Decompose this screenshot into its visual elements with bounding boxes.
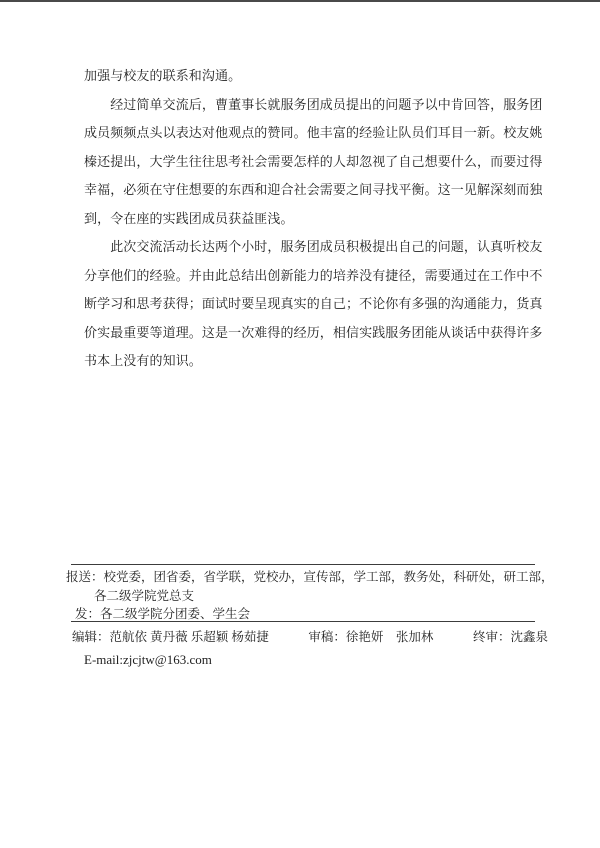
report-to-line-2: 各二级学院党总支 bbox=[94, 589, 194, 604]
document-page: { "page": { "kind": "printed-newsletter-… bbox=[0, 0, 600, 848]
text-line: 断学习和思考获得；面试时要呈现真实的自己；不论你有多强的沟通能力，货真 bbox=[84, 290, 554, 319]
reviewers-credit: 审稿：徐艳妍 张加林 bbox=[308, 630, 433, 645]
distribute-line: 发：各二级学院分团委、学生会 bbox=[75, 607, 250, 622]
credits-row: 编辑：范航依 黄丹薇 乐超颖 杨茹捷 审稿：徐艳妍 张加林 终审：沈鑫泉 bbox=[72, 630, 548, 645]
report-to-line-1: 报送：校党委，团省委，省学联，党校办，宣传部，学工部，教务处，科研处，研工部， bbox=[66, 570, 554, 585]
text-line: 幸福，必须在守住想要的东西和迎合社会需要之间寻找平衡。这一见解深刻而独 bbox=[84, 176, 554, 205]
final-reviewer-credit: 终审：沈鑫泉 bbox=[473, 630, 548, 645]
text-line: 榛还提出，大学生往往思考社会需要怎样的人却忽视了自己想要什么，而要过得 bbox=[84, 148, 554, 177]
text-line: 加强与校友的联系和沟通。 bbox=[84, 62, 554, 91]
paragraph-2: 经过简单交流后，曹董事长就服务团成员提出的问题予以中肯回答，服务团成员频频点头以… bbox=[84, 91, 554, 234]
text-line: 此次交流活动长达两个小时，服务团成员积极提出自己的问题，认真听校友 bbox=[84, 233, 554, 262]
body-text-block: 加强与校友的联系和沟通。 经过简单交流后，曹董事长就服务团成员提出的问题予以中肯… bbox=[84, 62, 554, 376]
paragraph-3: 此次交流活动长达两个小时，服务团成员积极提出自己的问题，认真听校友分享他们的经验… bbox=[84, 233, 554, 376]
text-line: 成员频频点头以表达对他观点的赞同。他丰富的经验让队员们耳目一新。校友姚 bbox=[84, 119, 554, 148]
footer-divider-middle bbox=[71, 621, 535, 622]
paragraph-1: 加强与校友的联系和沟通。 bbox=[84, 62, 554, 91]
editors-credit: 编辑：范航依 黄丹薇 乐超颖 杨茹捷 bbox=[72, 630, 269, 645]
text-line: 经过简单交流后，曹董事长就服务团成员提出的问题予以中肯回答，服务团 bbox=[84, 91, 554, 120]
email-address: E-mail:zjcjtw@163.com bbox=[84, 652, 212, 667]
text-line: 分享他们的经验。并由此总结出创新能力的培养没有捷径，需要通过在工作中不 bbox=[84, 262, 554, 291]
text-line: 价实最重要等道理。这是一次难得的经历，相信实践服务团能从谈话中获得许多 bbox=[84, 319, 554, 348]
text-line: 书本上没有的知识。 bbox=[84, 347, 554, 376]
page-top-edge bbox=[0, 0, 600, 2]
text-line: 到，令在座的实践团成员获益匪浅。 bbox=[84, 205, 554, 234]
footer-divider-top bbox=[71, 564, 535, 565]
